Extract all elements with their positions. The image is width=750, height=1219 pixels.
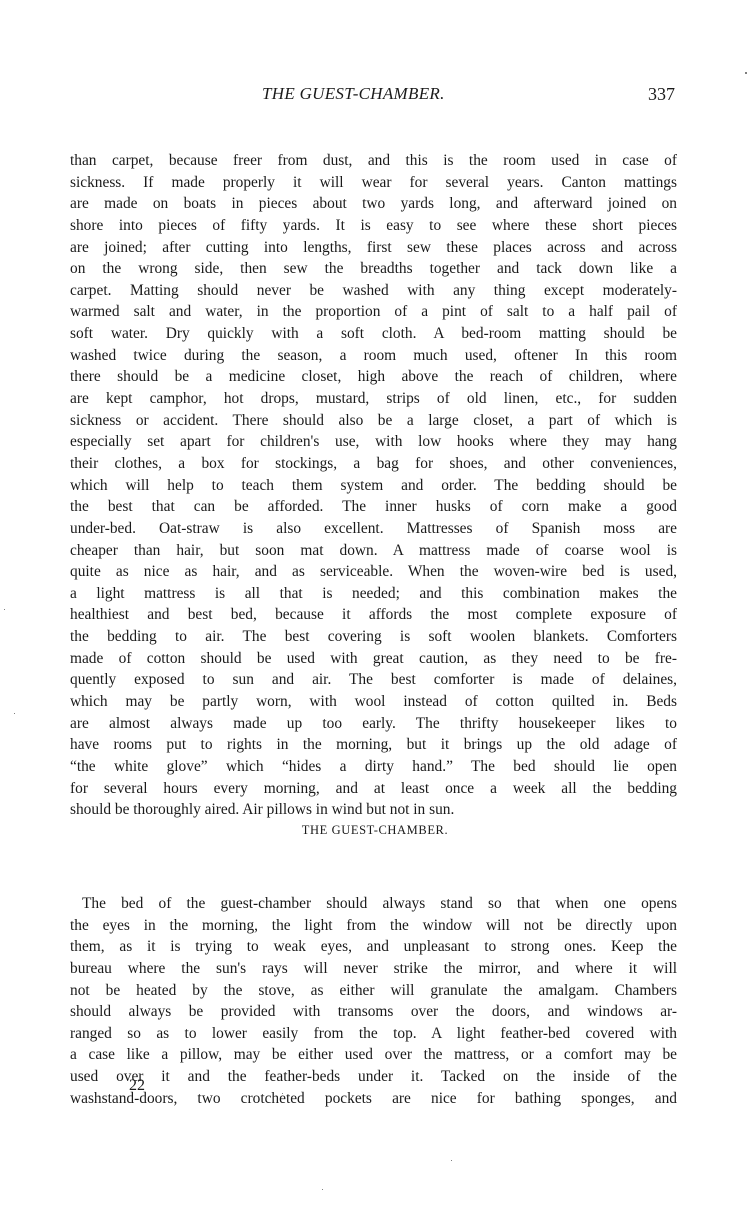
text-line: carpet. Matting should never be washed w…	[70, 280, 677, 302]
text-line: should be thoroughly aired. Air pillows …	[70, 799, 677, 821]
text-line: should always be provided with transoms …	[70, 1001, 677, 1023]
running-head: THE GUEST-CHAMBER. 337	[0, 84, 750, 110]
text-line: made of cotton should be used with great…	[70, 648, 677, 670]
text-line: quite as nice as hair, and as serviceabl…	[70, 561, 677, 583]
text-line: washstand-doors, two crotcheted pockets …	[70, 1088, 677, 1110]
text-line: which may be partly worn, with wool inst…	[70, 691, 677, 713]
text-line: washed twice during the season, a room m…	[70, 345, 677, 367]
scan-speck	[745, 72, 747, 74]
text-line: shore into pieces of fifty yards. It is …	[70, 215, 677, 237]
scan-speck	[451, 1160, 452, 1161]
text-line: not be heated by the stove, as either wi…	[70, 980, 677, 1002]
text-line: warmed salt and water, in the proportion…	[70, 301, 677, 323]
scan-speck	[282, 1093, 283, 1094]
text-line: are joined; after cutting into lengths, …	[70, 237, 677, 259]
text-line: used over it and the feather-beds under …	[70, 1066, 677, 1088]
page-number: 337	[648, 84, 675, 105]
running-title: THE GUEST-CHAMBER.	[262, 84, 445, 104]
text-line: are almost always made up too early. The…	[70, 713, 677, 735]
text-line: under-bed. Oat-straw is also excellent. …	[70, 518, 677, 540]
text-line: bureau where the sun's rays will never s…	[70, 958, 677, 980]
text-line: “the white glove” which “hides a dirty h…	[70, 756, 677, 778]
text-line: healthiest and best bed, because it affo…	[70, 604, 677, 626]
scan-speck	[14, 713, 15, 714]
paragraph-guest-chamber: The bed of the guest-chamber should alwa…	[70, 893, 677, 1109]
text-line: a case like a pillow, may be either used…	[70, 1044, 677, 1066]
text-line: are made on boats in pieces about two ya…	[70, 193, 677, 215]
text-line: their clothes, a box for stockings, a ba…	[70, 453, 677, 475]
scan-speck	[322, 1189, 323, 1190]
paragraph-bedroom: than carpet, because freer from dust, an…	[70, 150, 677, 821]
text-line: for several hours every morning, and at …	[70, 778, 677, 800]
text-line: soft water. Dry quickly with a soft clot…	[70, 323, 677, 345]
text-line: a light mattress is all that is needed; …	[70, 583, 677, 605]
text-line: them, as it is trying to weak eyes, and …	[70, 936, 677, 958]
text-line: the best that can be afforded. The inner…	[70, 496, 677, 518]
section-heading: THE GUEST-CHAMBER.	[0, 823, 750, 838]
text-line: on the wrong side, then sew the breadths…	[70, 258, 677, 280]
text-line: ranged so as to lower easily from the to…	[70, 1023, 677, 1045]
text-line: which will help to teach them system and…	[70, 475, 677, 497]
text-line: there should be a medicine closet, high …	[70, 366, 677, 388]
text-line: sickness. If made properly it will wear …	[70, 172, 677, 194]
text-line: cheaper than hair, but soon mat down. A …	[70, 540, 677, 562]
text-line: the eyes in the morning, the light from …	[70, 915, 677, 937]
scan-speck	[4, 609, 5, 610]
text-line: The bed of the guest-chamber should alwa…	[70, 893, 677, 915]
signature-mark: 22	[129, 1077, 145, 1095]
text-line: especially set apart for children's use,…	[70, 431, 677, 453]
text-line: quently exposed to sun and air. The best…	[70, 669, 677, 691]
text-line: sickness or accident. There should also …	[70, 410, 677, 432]
text-line: the bedding to air. The best covering is…	[70, 626, 677, 648]
text-line: than carpet, because freer from dust, an…	[70, 150, 677, 172]
text-line: are kept camphor, hot drops, mustard, st…	[70, 388, 677, 410]
text-line: have rooms put to rights in the morning,…	[70, 734, 677, 756]
